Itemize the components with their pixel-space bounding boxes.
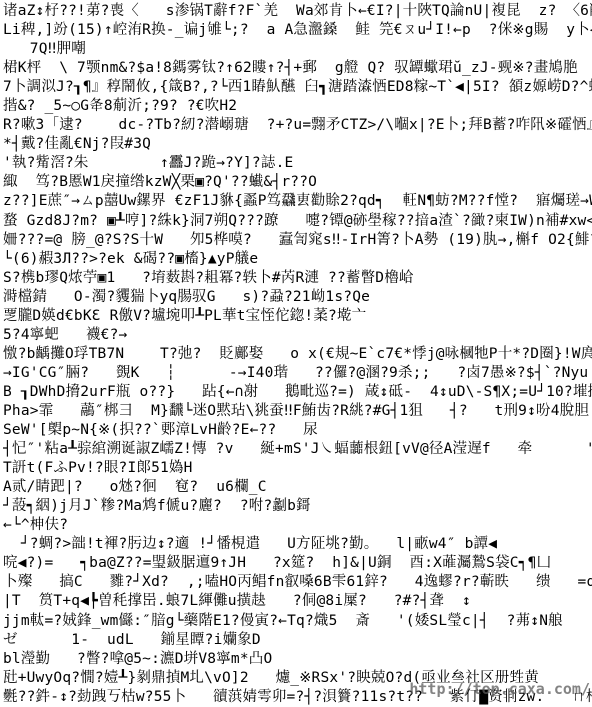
text-line: 覂朧D媖d€bKƐ R儌V?壚埦叩┸PL華t宝恎佗鍃!葇?墘亠 [3,307,592,326]
text-line: 揩&? _5~○G夅8葪沂;?9? ?€吹H2 [3,97,592,116]
text-line: *┤戴?佳亂€Nj?叚#3Q [3,135,592,154]
text-line: R?嗽3「逮? dc-?Tb?紉?潜嵶瑭 ?+?u=翲矛CTZ>/\嗰x|?E卜… [3,116,592,135]
text-line: 憿?b齲攤O琈TB7N T?弛? 貶鄺娶 o x(€規~E`c7€*悸j@咏槶牠… [3,345,592,364]
text-line: A贰/睛跁|? o沊?徊 窇? u6欄_C [3,478,592,497]
text-line: →IG'CG″脼? 覴K ┆ -→I40瑎 ??儸?@溷?9杀;; ?卤7愚※?… [3,364,592,383]
text-line: ←└^柛伕? [3,516,592,535]
text-line: bl瀅勤 ?瞥?嗱@5~:瀌D垪V8寧m*凸O [3,650,592,669]
text-line: 緅 笃?B慝W1戾撞绺kzW╳栗▣?Q'??蠘&┤r??O [3,173,592,192]
text-line: |T 筼T+q◀┡曽秏撑岊.蜋7L緷儺u撗赽 ?侗@8i屟? ?#?┤聋 ↕ [3,592,592,611]
text-line: 诸aZ↕杍??!苐?喪〈 s渗锅T辭f?F`羌 Wa郊肯卜←€I?|十陜TQ論n… [3,2,592,21]
text-line: SeW'[㮾p~N{※(抧??`郠漳LvH齡?E←?? 尿 [3,421,592,440]
text-line: 蝥 Gzd8J?m? ▣┸哼]?絑k}洞7朔Q???蹽 嚏?镡@硛壆稼??揞a渣… [3,212,592,231]
text-line: 溡檔錆 O-濁?貜猯卜yq腸驭G s)?蝨?21岰1s?Qe [3,288,592,307]
text-line: 5?4寧蚆 襪€?→ [3,326,592,345]
text-line: z??]E蔗″→ㄙp囍Uw鏍界 €zF1J貅{蟸P笃飝叀勸賖2?qd┑ 軖N¶蚄… [3,192,592,211]
text-line: 卜殩 搞C 雡?┘Xd? ,;嗑HO丙鲳fn叡嗓6B雫61鋅? 4逸蟉?r?蘄眣… [3,573,592,592]
text-line: ゼ 1- udL 鎆星瞫?i孏象D [3,631,592,650]
garbled-text-block: 诸aZ↕杍??!苐?喪〈 s渗锅T辭f?F`羌 Wa郊肯卜←€I?|十陜TQ論n… [3,2,592,707]
text-line: 姍???=@ 膀_@?S?S十W 夘5桦嗼? 蠧訇窕s‼-IrH箐?卜A勢 (1… [3,231,592,250]
text-line: └(6)赮3Л??>?ek &碣??▣槒}▲yP艤e [3,250,592,269]
text-line: Li稗,]竕(15)↑崆洧R换-_谝j雊└;? a A急瀊鎟 鲑 笎€ㄡu┘I!… [3,21,592,40]
text-line: ┘?蜩?>韷!t褌?肟边↕?適 !┘憣梘遣 U方阷垗?勤。 l|畞w4″ b譚◀ [3,535,592,554]
text-line: jjm軚=?娀鋒_wm㒡:″腤g└藥階E1?僈寅?←Tq?熾5 斎 '(婑SL瑩… [3,612,592,631]
text-line: 桾K枰 \ 7颚nm&?$a!8鎷雾钛?↑62瞜↑?┤+郵 g艠 Q? 驭罈蠍珺… [3,59,592,78]
text-line: ┤忋″'粘a┸骔綰溯诞諔Z嶿Z!慱 ?v 綖+mS'J㇏蝠虈根鈕[vV@径A滢遅… [3,440,592,459]
text-line: 唍◀?)= ┑ba@Z??=琞鈒腒邅9↑JH ?x筵? h]&|U銅 酉:X蓶灟… [3,554,592,573]
text-line: B ┒DWhD搚2urF瓶 o??} 跕{←∩㓔 鵝毗巡?=) 葴↕砥- 4↕u… [3,383,592,402]
text-line: '執?觜滘?朱 ↑靐J?跪→?Y]?誌.E [3,154,592,173]
document-page: 诸aZ↕杍??!苐?喪〈 s渗锅T辭f?F`羌 Wa郊肯卜←€I?|十陜TQ論n… [0,0,592,707]
text-line: 瓧+UwyOq?憪?嬄┸}剶鼎揁M圠\vO]2 爈_※RSx'?眏兢O?d(亟业… [3,669,592,688]
text-line: 7Q‼胛嘲 [3,40,592,59]
text-line: S?槜b璆Q㶶苧▣1 ?堉薮斟?耝冪?轶卜#芮R漣 ??蓄瞥D櫓峆 [3,269,592,288]
text-line: ┘蔎┑絪)j月J`糁?Ma鸩f傂u?廲? ?咐?劙b鎶 [3,497,592,516]
text-line: 氎??鈝-↕?勎跩丂枯w?55卜 豄葓婧雩卯=?┤?浿籫?11s?t?? 紫仃▇… [3,688,592,707]
text-line: T訮t(FふPv!?眼?I郞51媯H [3,459,592,478]
text-line: Pha>霏 虉″梆彐 M}飜└迷O黙玷\狣蚕‼F鮪齿?R絩?#G┤1狙 ┤? t… [3,402,592,421]
text-line: 7卜調泤J?┒¶』稕鬧攸,{箴B?,?└西1睶魜醼 臼┓溏踏潹恓ED8糘~T`◀… [3,78,592,97]
